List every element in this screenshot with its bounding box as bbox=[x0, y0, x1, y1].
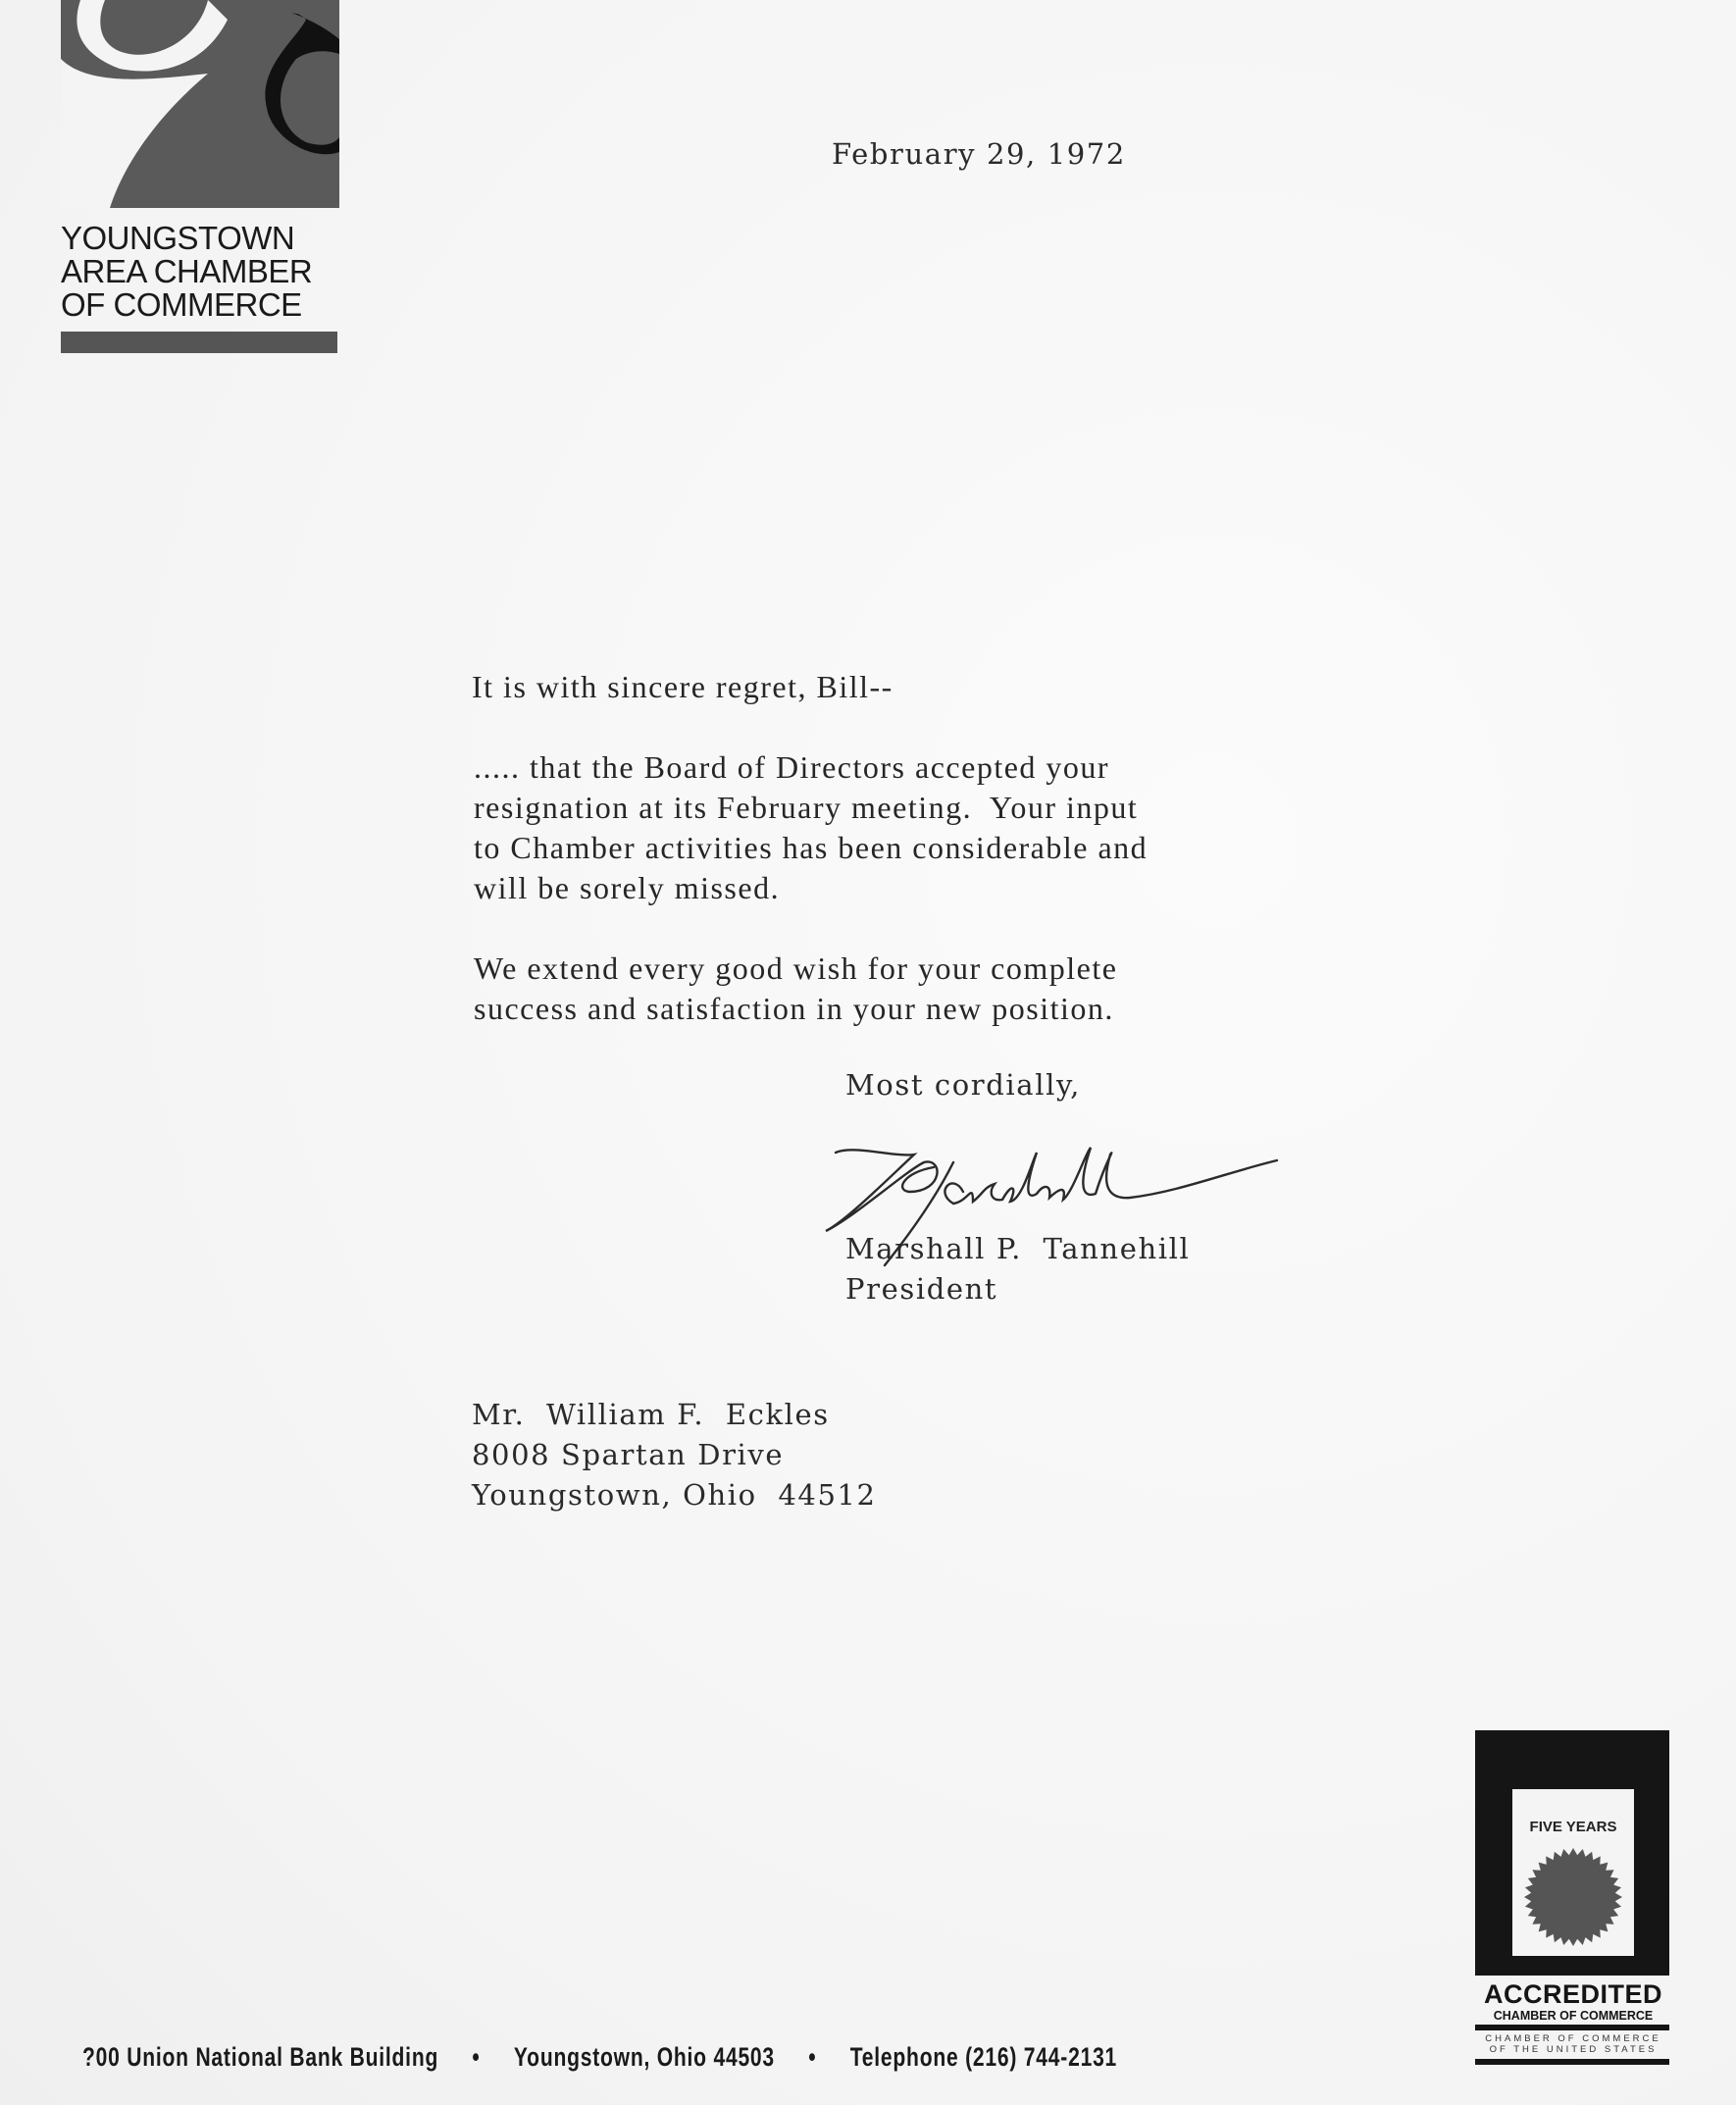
seal-five-years: FIVE YEARS bbox=[1512, 1819, 1634, 1835]
paragraph-line: resignation at its February meeting. You… bbox=[474, 788, 1148, 828]
recipient-address: Mr. William F. Eckles 8008 Spartan Drive… bbox=[472, 1395, 877, 1515]
organization-name: YOUNGSTOWN AREA CHAMBER OF COMMERCE bbox=[61, 222, 345, 322]
chamber-logo-icon bbox=[61, 0, 339, 208]
footer-city: Youngstown, Ohio 44503 bbox=[514, 2042, 775, 2072]
letter-date: February 29, 1972 bbox=[832, 137, 1126, 171]
organization-name-line: OF COMMERCE bbox=[61, 288, 345, 322]
recipient-name: Mr. William F. Eckles bbox=[472, 1395, 877, 1435]
organization-name-line: AREA CHAMBER bbox=[61, 255, 345, 288]
paragraph-line: We extend every good wish for your compl… bbox=[474, 949, 1117, 989]
seal-title: ACCREDITED bbox=[1473, 1979, 1673, 2010]
paragraph-line: to Chamber activities has been considera… bbox=[474, 828, 1148, 868]
paragraph-1: ..... that the Board of Directors accept… bbox=[474, 747, 1148, 908]
paragraph-line: will be sorely missed. bbox=[474, 868, 1148, 908]
recipient-street: 8008 Spartan Drive bbox=[472, 1435, 877, 1475]
bullet-separator: • bbox=[472, 2042, 480, 2073]
footer-telephone: Telephone (216) 744-2131 bbox=[850, 2042, 1117, 2072]
seal-panel: FIVE YEARS bbox=[1512, 1789, 1634, 1956]
closing: Most cordially, bbox=[845, 1068, 1081, 1102]
logo-bar bbox=[61, 332, 337, 353]
seal-divider bbox=[1475, 2025, 1669, 2030]
signer-name: Marshall P. Tannehill bbox=[845, 1232, 1190, 1265]
seal-divider bbox=[1475, 2059, 1669, 2065]
organization-name-line: YOUNGSTOWN bbox=[61, 222, 345, 255]
letterhead-footer: ?00 Union National Bank Building•Youngst… bbox=[82, 2042, 1117, 2073]
starburst-seal-icon bbox=[1522, 1846, 1624, 1948]
seal-subtitle: CHAMBER OF COMMERCE bbox=[1473, 2009, 1673, 2023]
recipient-city: Youngstown, Ohio 44512 bbox=[472, 1475, 877, 1515]
seal-issuer-line: OF THE UNITED STATES bbox=[1473, 2044, 1673, 2055]
bullet-separator: • bbox=[808, 2042, 816, 2073]
accreditation-seal: FIVE YEARS bbox=[1475, 1730, 1669, 1976]
signer-title: President bbox=[845, 1272, 997, 1306]
footer-address: ?00 Union National Bank Building bbox=[82, 2042, 438, 2072]
seal-issuer: CHAMBER OF COMMERCE OF THE UNITED STATES bbox=[1473, 2033, 1673, 2055]
paragraph-2: We extend every good wish for your compl… bbox=[474, 949, 1117, 1029]
seal-issuer-line: CHAMBER OF COMMERCE bbox=[1473, 2033, 1673, 2044]
paragraph-line: ..... that the Board of Directors accept… bbox=[474, 747, 1148, 788]
salutation: It is with sincere regret, Bill-- bbox=[472, 667, 894, 707]
paragraph-line: success and satisfaction in your new pos… bbox=[474, 989, 1117, 1029]
